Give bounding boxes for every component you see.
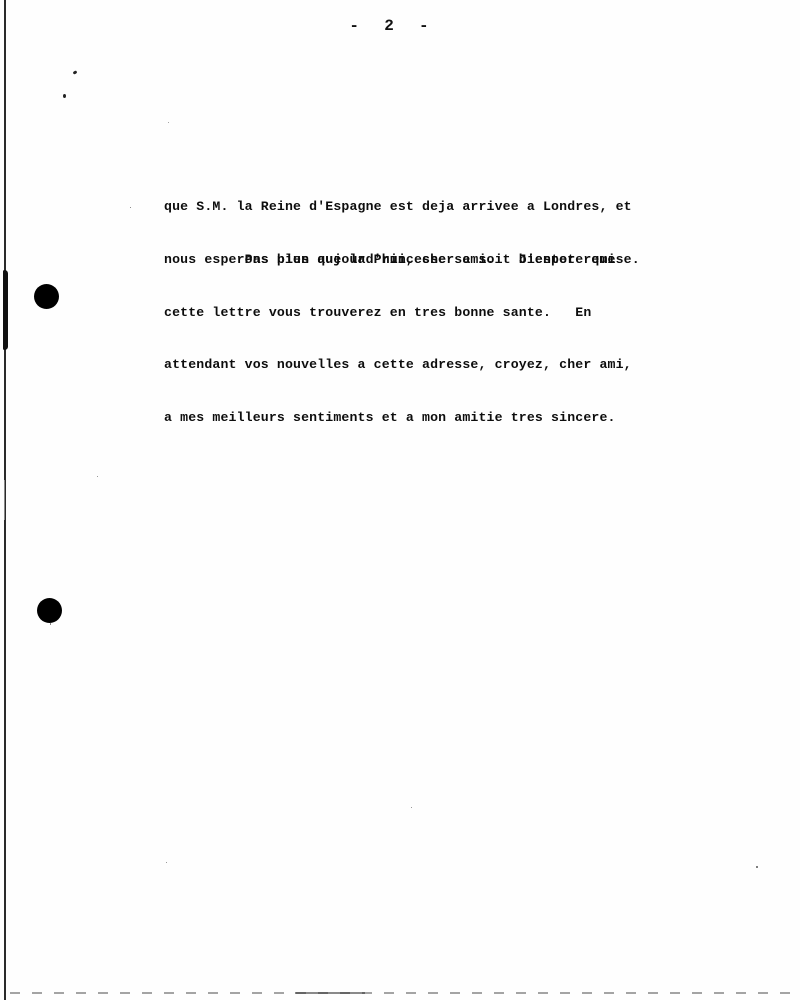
scan-speck [63,94,66,98]
scan-speck [130,207,131,208]
scan-speck [73,70,78,75]
text-line: attendant vos nouvelles a cette adresse,… [164,356,632,374]
scan-bottom-artifact [10,992,790,994]
scan-speck [411,807,412,808]
scan-edge-mark [3,270,8,350]
paragraph-2: Pas plus aujourd'hui, cher ami. J'espere… [164,216,632,461]
scan-bottom-artifact [295,992,365,994]
page-number: - 2 - [340,17,440,35]
punch-hole-icon [37,598,62,623]
punch-hole-icon [34,284,59,309]
scan-edge-fade [4,480,5,520]
text-line: Pas plus aujourd'hui, cher ami. J'espere… [164,251,632,269]
scan-speck [166,862,167,863]
text-line: a mes meilleurs sentiments et a mon amit… [164,409,632,427]
scan-speck [168,122,169,123]
scan-speck [50,623,51,625]
scan-speck [756,866,758,868]
text-line: que S.M. la Reine d'Espagne est deja arr… [164,198,640,216]
document-page: - 2 - que S.M. la Reine d'Espagne est de… [0,0,800,1000]
scan-speck [97,476,98,477]
text-line: cette lettre vous trouverez en tres bonn… [164,304,632,322]
